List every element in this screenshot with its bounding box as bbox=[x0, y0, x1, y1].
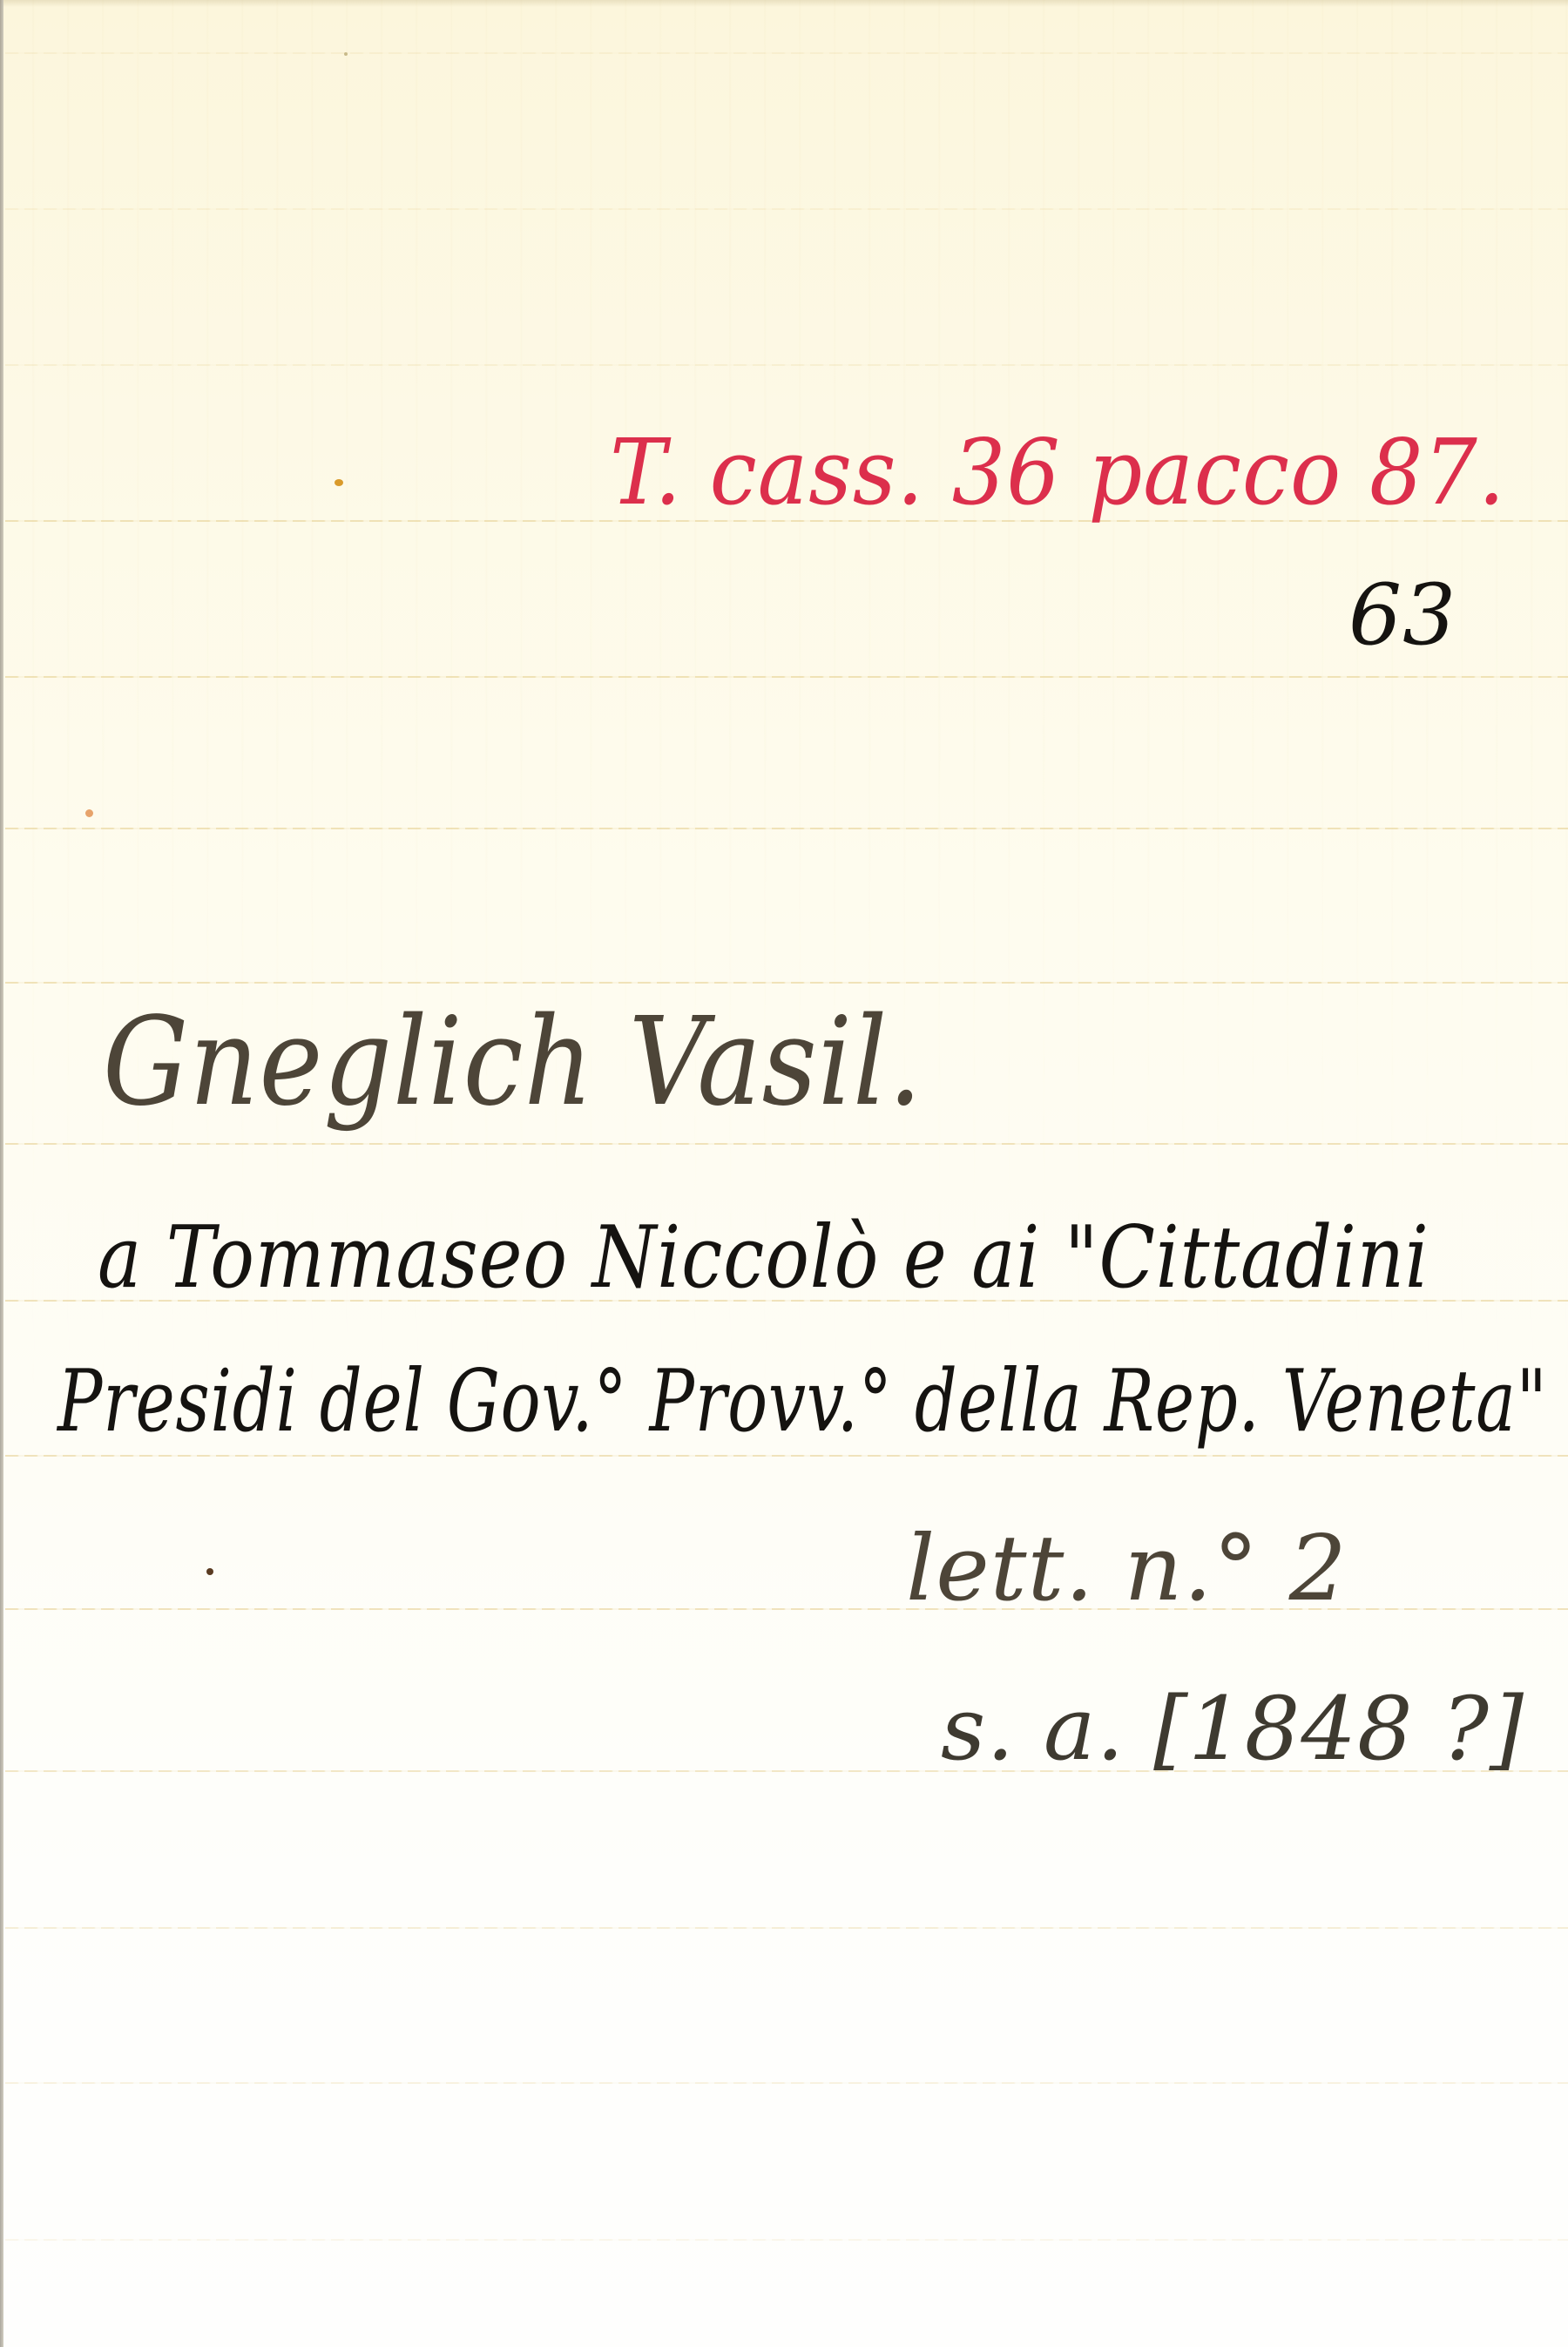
recipient-line-2: Presidi del Gov.° Provv.° della Rep. Ven… bbox=[57, 1359, 1548, 1444]
card-left-border bbox=[0, 0, 3, 2347]
letter-count: lett. n.° 2 bbox=[906, 1523, 1348, 1613]
item-number: 63 bbox=[1348, 573, 1456, 657]
ruled-line bbox=[5, 364, 1568, 366]
ruled-line bbox=[5, 1455, 1568, 1457]
ink-speck bbox=[206, 1568, 213, 1575]
ruled-line bbox=[5, 982, 1568, 984]
shelfmark-text: T. cass. 36 pacco 87. bbox=[610, 427, 1505, 517]
ruled-line bbox=[5, 208, 1568, 210]
ink-speck bbox=[344, 52, 348, 56]
ink-speck bbox=[85, 809, 93, 817]
author-name: Gneglich Vasil. bbox=[103, 1002, 923, 1124]
date-text: s. a. [1848 ?] bbox=[941, 1686, 1524, 1773]
recipient-line-1: a Tommaseo Niccolò e ai "Cittadini bbox=[98, 1215, 1429, 1301]
card-top-edge bbox=[0, 0, 1568, 7]
ruled-line bbox=[5, 2239, 1568, 2241]
ruled-line bbox=[5, 676, 1568, 678]
paper-texture bbox=[0, 0, 1568, 2347]
ruled-line bbox=[5, 2082, 1568, 2084]
ink-speck bbox=[335, 479, 343, 486]
ruled-line bbox=[5, 52, 1568, 54]
ruled-line bbox=[5, 828, 1568, 829]
catalogue-card: T. cass. 36 pacco 87. 63 Gneglich Vasil.… bbox=[0, 0, 1568, 2347]
ruled-line bbox=[5, 1143, 1568, 1145]
ruled-line bbox=[5, 1927, 1568, 1929]
